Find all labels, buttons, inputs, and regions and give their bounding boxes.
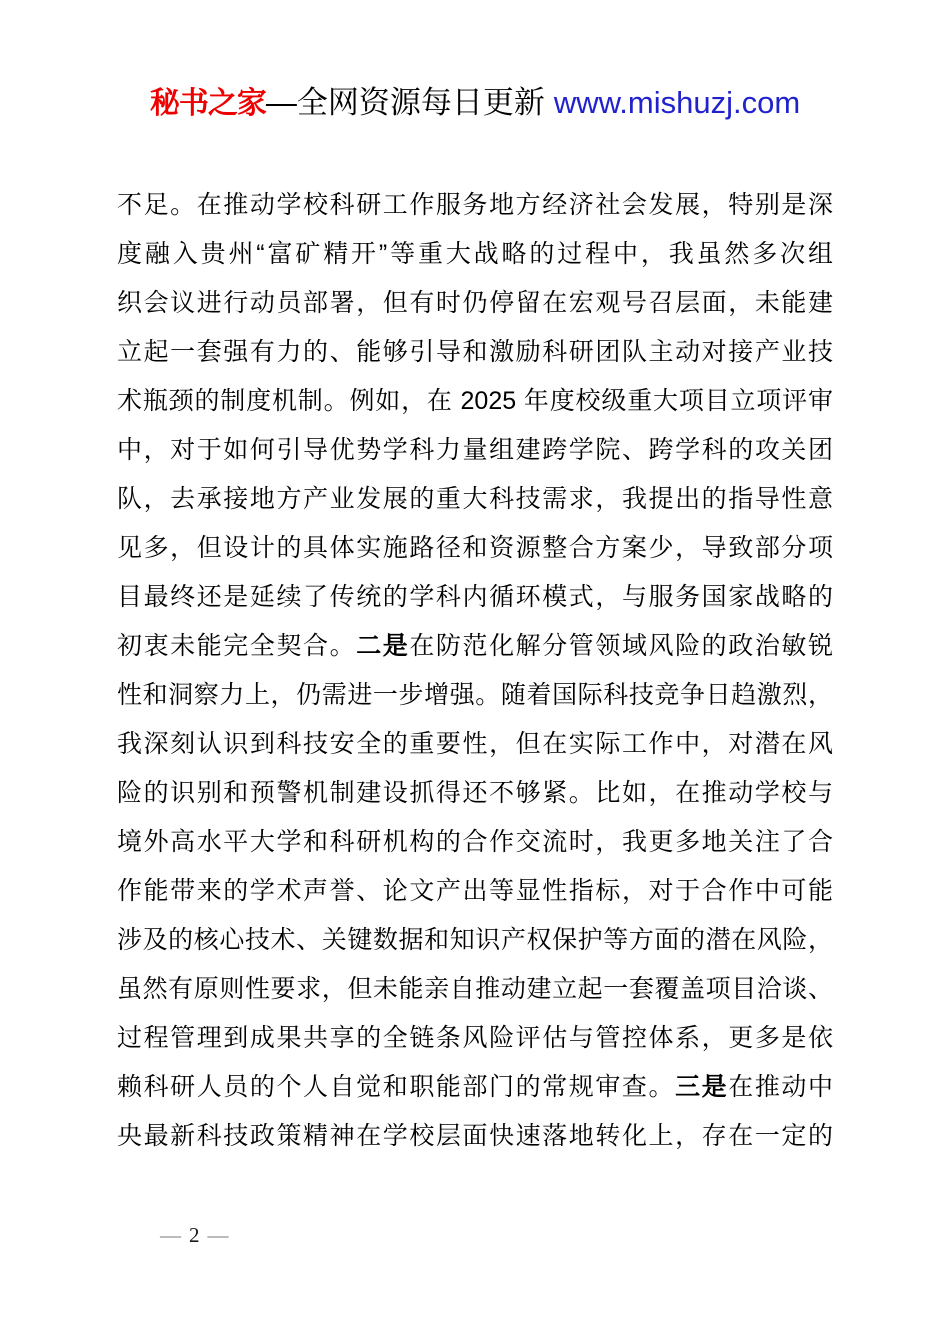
text-run: 过程管理到成果共享的全链条风险评估与管控体系，更多是依 — [117, 1024, 833, 1052]
document-page: 秘书之家—全网资源每日更新www.mishuzj.com 不足。在推动学校科研工… — [0, 0, 950, 1344]
text-run: 作能带来的学术声誉、论文产出等显性指标，对于合作中可能 — [117, 877, 833, 905]
text-line: 虽然有原则性要求，但未能亲自推动建立起一套覆盖项目洽谈、 — [117, 965, 833, 1014]
text-run: 险的识别和预警机制建设抓得还不够紧。比如，在推动学校与 — [117, 779, 833, 807]
text-run: 立起一套强有力的、能够引导和激励科研团队主动对接产业技 — [117, 338, 833, 366]
header-tagline: —全网资源每日更新 — [266, 85, 545, 120]
emphasis-run: 二是 — [356, 632, 409, 660]
text-line: 险的识别和预警机制建设抓得还不够紧。比如，在推动学校与 — [117, 769, 833, 818]
page-number-dash-left: — — [160, 1223, 181, 1247]
text-line: 作能带来的学术声誉、论文产出等显性指标，对于合作中可能 — [117, 867, 833, 916]
text-run: 在防范化解分管领域风险的政治敏锐 — [409, 632, 833, 660]
text-run: 队，去承接地方产业发展的重大科技需求，我提出的指导性意 — [117, 485, 833, 513]
text-line: 央最新科技政策精神在学校层面快速落地转化上，存在一定的 — [117, 1112, 833, 1161]
text-line: 术瓶颈的制度机制。例如，在 2025 年度校级重大项目立项评审 — [117, 377, 833, 426]
text-line: 涉及的核心技术、关键数据和知识产权保护等方面的潜在风险， — [117, 916, 833, 965]
text-run: 性和洞察力上，仍需进一步增强。随着国际科技竞争日趋激烈， — [117, 681, 833, 709]
text-run: 初衷未能完全契合。 — [117, 632, 356, 660]
text-run: 术瓶颈的制度机制。例如，在 2025 年度校级重大项目立项评审 — [117, 387, 833, 415]
text-line: 赖科研人员的个人自觉和职能部门的常规审查。三是在推动中 — [117, 1063, 833, 1112]
text-run: 境外高水平大学和科研机构的合作交流时，我更多地关注了合 — [117, 828, 833, 856]
text-line: 初衷未能完全契合。二是在防范化解分管领域风险的政治敏锐 — [117, 622, 833, 671]
text-line: 度融入贵州“富矿精开”等重大战略的过程中，我虽然多次组 — [117, 230, 833, 279]
text-run: 赖科研人员的个人自觉和职能部门的常规审查。 — [117, 1073, 675, 1101]
text-line: 中，对于如何引导优势学科力量组建跨学院、跨学科的攻关团 — [117, 426, 833, 475]
page-number-dash-right: — — [208, 1223, 229, 1247]
text-line: 性和洞察力上，仍需进一步增强。随着国际科技竞争日趋激烈， — [117, 671, 833, 720]
page-number: —2— — [160, 1222, 229, 1248]
text-line: 队，去承接地方产业发展的重大科技需求，我提出的指导性意 — [117, 475, 833, 524]
emphasis-run: 三是 — [675, 1073, 728, 1101]
text-run: 见多，但设计的具体实施路径和资源整合方案少，导致部分项 — [117, 534, 833, 562]
body-paragraph: 不足。在推动学校科研工作服务地方经济社会发展，特别是深度融入贵州“富矿精开”等重… — [117, 181, 833, 1161]
text-line: 立起一套强有力的、能够引导和激励科研团队主动对接产业技 — [117, 328, 833, 377]
text-line: 境外高水平大学和科研机构的合作交流时，我更多地关注了合 — [117, 818, 833, 867]
text-line: 过程管理到成果共享的全链条风险评估与管控体系，更多是依 — [117, 1014, 833, 1063]
text-line: 织会议进行动员部署，但有时仍停留在宏观号召层面，未能建 — [117, 279, 833, 328]
text-line: 不足。在推动学校科研工作服务地方经济社会发展，特别是深 — [117, 181, 833, 230]
text-run: 不足。在推动学校科研工作服务地方经济社会发展，特别是深 — [117, 191, 833, 219]
text-run: 央最新科技政策精神在学校层面快速落地转化上，存在一定的 — [117, 1122, 833, 1150]
website-link[interactable]: www.mishuzj.com — [554, 85, 800, 120]
text-run: 度融入贵州“富矿精开”等重大战略的过程中，我虽然多次组 — [117, 240, 833, 268]
text-run: 中，对于如何引导优势学科力量组建跨学院、跨学科的攻关团 — [117, 436, 833, 464]
brand-title: 秘书之家 — [150, 87, 266, 120]
text-run: 目最终还是延续了传统的学科内循环模式，与服务国家战略的 — [117, 583, 833, 611]
text-line: 我深刻认识到科技安全的重要性，但在实际工作中，对潜在风 — [117, 720, 833, 769]
text-run: 织会议进行动员部署，但有时仍停留在宏观号召层面，未能建 — [117, 289, 833, 317]
text-run: 涉及的核心技术、关键数据和知识产权保护等方面的潜在风险， — [117, 926, 833, 954]
text-line: 目最终还是延续了传统的学科内循环模式，与服务国家战略的 — [117, 573, 833, 622]
page-number-value: 2 — [189, 1223, 200, 1247]
text-run: 虽然有原则性要求，但未能亲自推动建立起一套覆盖项目洽谈、 — [117, 975, 833, 1003]
document-header: 秘书之家—全网资源每日更新www.mishuzj.com — [0, 80, 950, 132]
text-run: 在推动中 — [728, 1073, 833, 1101]
text-line: 见多，但设计的具体实施路径和资源整合方案少，导致部分项 — [117, 524, 833, 573]
text-run: 我深刻认识到科技安全的重要性，但在实际工作中，对潜在风 — [117, 730, 833, 758]
